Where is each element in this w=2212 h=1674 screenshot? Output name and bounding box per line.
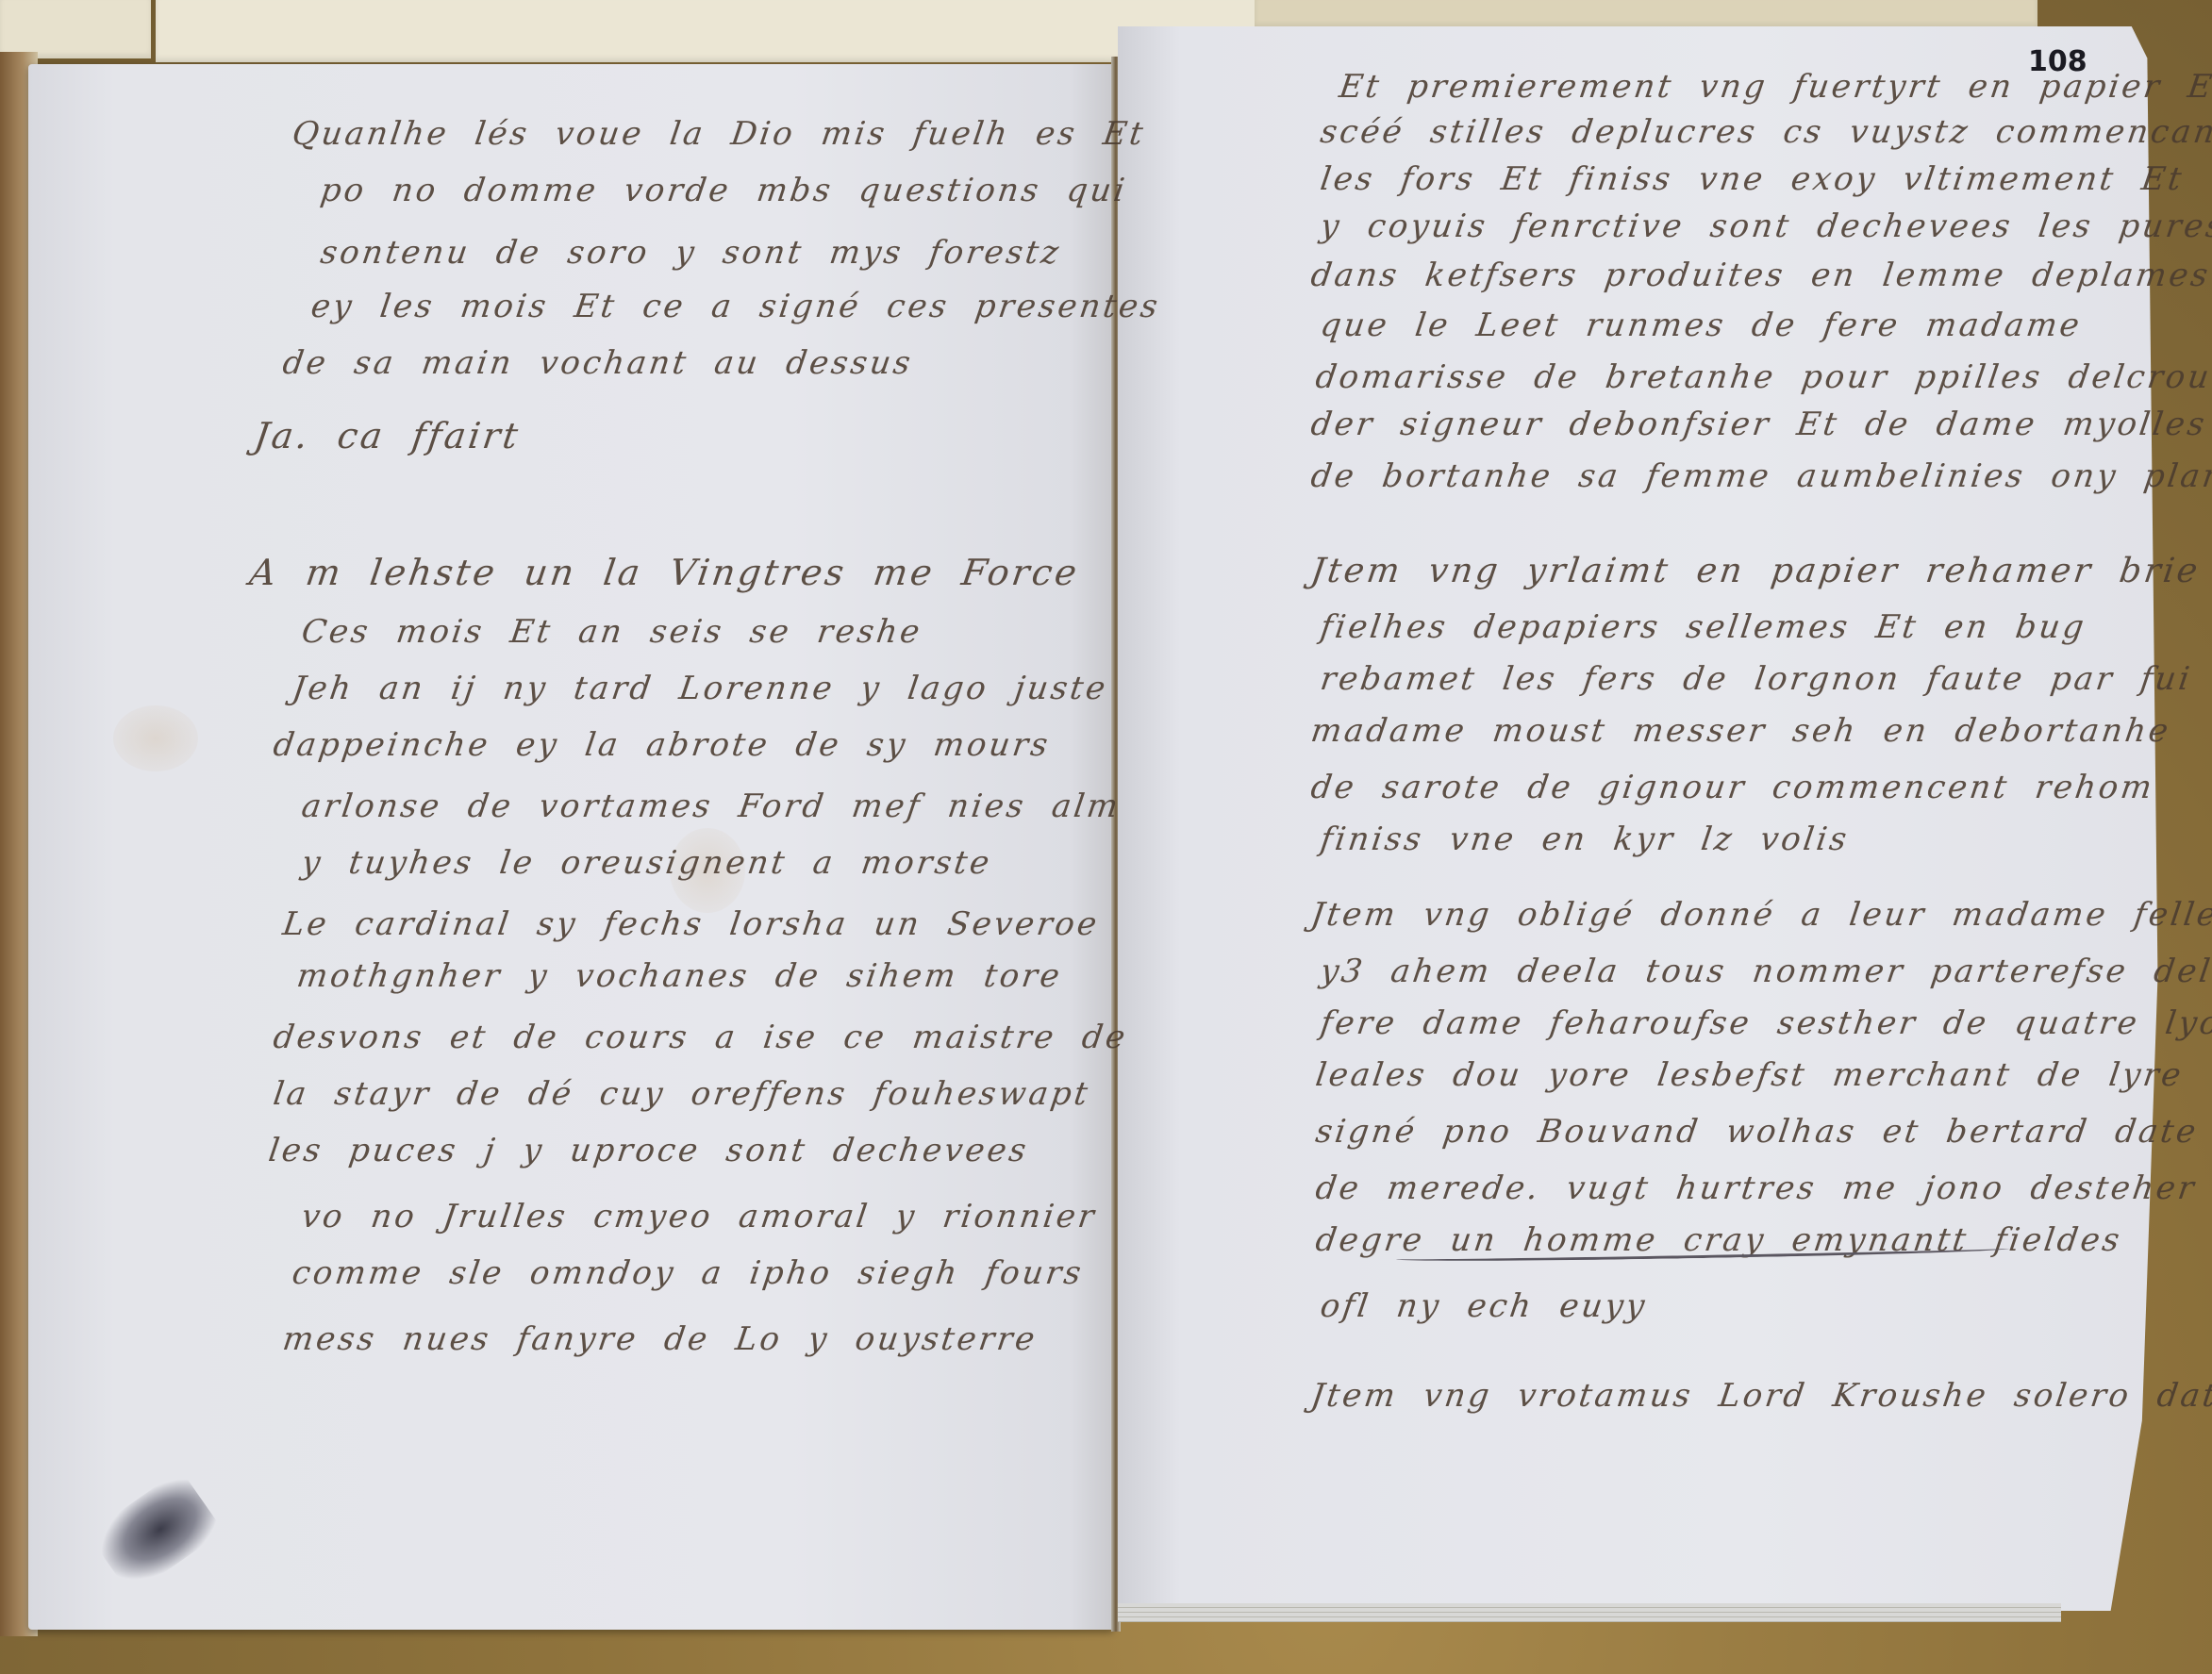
- manuscript-line: madame moust messer seh en debortanhe: [1308, 712, 2173, 750]
- manuscript-line: fere dame feharoufse sesther de quatre l…: [1318, 1004, 2212, 1042]
- manuscript-line: ofl ny ech euyy: [1318, 1287, 1650, 1325]
- manuscript-line: vo no Jrulles cmyeo amoral y rionnier: [299, 1198, 1099, 1235]
- manuscript-line: dans ketfsers produites en lemme deplame…: [1308, 257, 2212, 294]
- manuscript-line: ey les mois Et ce a signé ces presentes: [308, 288, 1162, 325]
- manuscript-line: que le Leet runmes de fere madame: [1318, 307, 2084, 344]
- manuscript-line: scéé stilles deplucres cs vuystz commenc…: [1318, 113, 2212, 151]
- manuscript-line: signé pno Bouvand wolhas et bertard date: [1313, 1113, 2201, 1151]
- manuscript-line: domarisse de bretanhe pour ppilles delcr…: [1313, 358, 2212, 396]
- manuscript-line: fielhes depapiers sellemes Et en bug: [1318, 608, 2088, 646]
- manuscript-line: leales dou yore lesbefst merchant de lyr…: [1313, 1056, 2186, 1094]
- manuscript-line: dappeinche ey la abrote de sy mours: [271, 726, 1053, 764]
- manuscript-line: Ces mois Et an seis se reshe: [299, 613, 924, 651]
- manuscript-line: A m lehste un la Vingtres me Force: [247, 552, 1082, 593]
- manuscript-line: Le cardinal sy fechs lorsha un Severoe: [280, 905, 1102, 943]
- manuscript-line: Ja. ca ffairt: [252, 415, 524, 456]
- manuscript-line: po no domme vorde mbs questions qui: [318, 172, 1129, 209]
- manuscript-line: Jtem vng vrotamus Lord Kroushe solero da…: [1308, 1377, 2212, 1415]
- manuscript-line: y tuyhes le oreusignent a morste: [299, 844, 994, 882]
- manuscript-line: les puces j y uproce sont dechevees: [266, 1132, 1031, 1169]
- manuscript-line: der signeur debonfsier Et de dame myolle…: [1308, 406, 2209, 443]
- manuscript-line: y3 ahem deela tous nommer parterefse del…: [1318, 953, 2212, 990]
- manuscript-line: Et premierement vng fuertyrt en papier E…: [1337, 68, 2212, 106]
- manuscript-line: Jeh an ij ny tard Lorenne y lago juste: [290, 670, 1110, 707]
- top-flyleaf-right: [1255, 0, 2037, 28]
- manuscript-line: y coyuis fenrctive sont dechevees les pu…: [1318, 207, 2212, 245]
- manuscript-line: arlonse de vortames Ford mef nies alm: [299, 787, 1123, 825]
- manuscript-line: Quanlhe lés voue la Dio mis fuelh es Et: [290, 115, 1148, 153]
- manuscript-line: mess nues fanyre de Lo y ouysterre: [280, 1320, 1039, 1358]
- paper-stain: [113, 705, 198, 771]
- manuscript-line: Jtem vng obligé donné a leur madame fell…: [1308, 896, 2212, 934]
- manuscript-line: Jtem vng yrlaimt en papier rehamer brie: [1308, 552, 2203, 590]
- manuscript-line: de sa main vochant au dessus: [280, 344, 915, 382]
- manuscript-line: desvons et de cours a ise ce maistre de: [271, 1019, 1130, 1056]
- manuscript-line: finiss vne en kyr lz volis: [1318, 820, 1852, 858]
- manuscript-line: sontenu de soro y sont mys forestz: [318, 234, 1063, 272]
- manuscript-line: rebamet les fers de lorgnon faute par fu…: [1318, 660, 2194, 698]
- manuscript-line: les fors Et finiss vne exoy vltimement E…: [1318, 160, 2187, 198]
- page-edges: [1118, 1603, 2061, 1622]
- top-flyleaf-left: [0, 0, 151, 58]
- manuscript-line: mothgnher y vochanes de sihem tore: [294, 957, 1064, 995]
- manuscript-line: de bortanhe sa femme aumbelinies ony pla…: [1308, 457, 2212, 495]
- manuscript-line: de merede. vugt hurtres me jono desteher…: [1313, 1169, 2212, 1207]
- manuscript-line: la stayr de dé cuy oreffens fouheswapt: [271, 1075, 1092, 1113]
- manuscript-line: de sarote de gignour commencent rehom: [1308, 769, 2156, 806]
- manuscript-line: comme sle omndoy a ipho siegh fours: [290, 1254, 1086, 1292]
